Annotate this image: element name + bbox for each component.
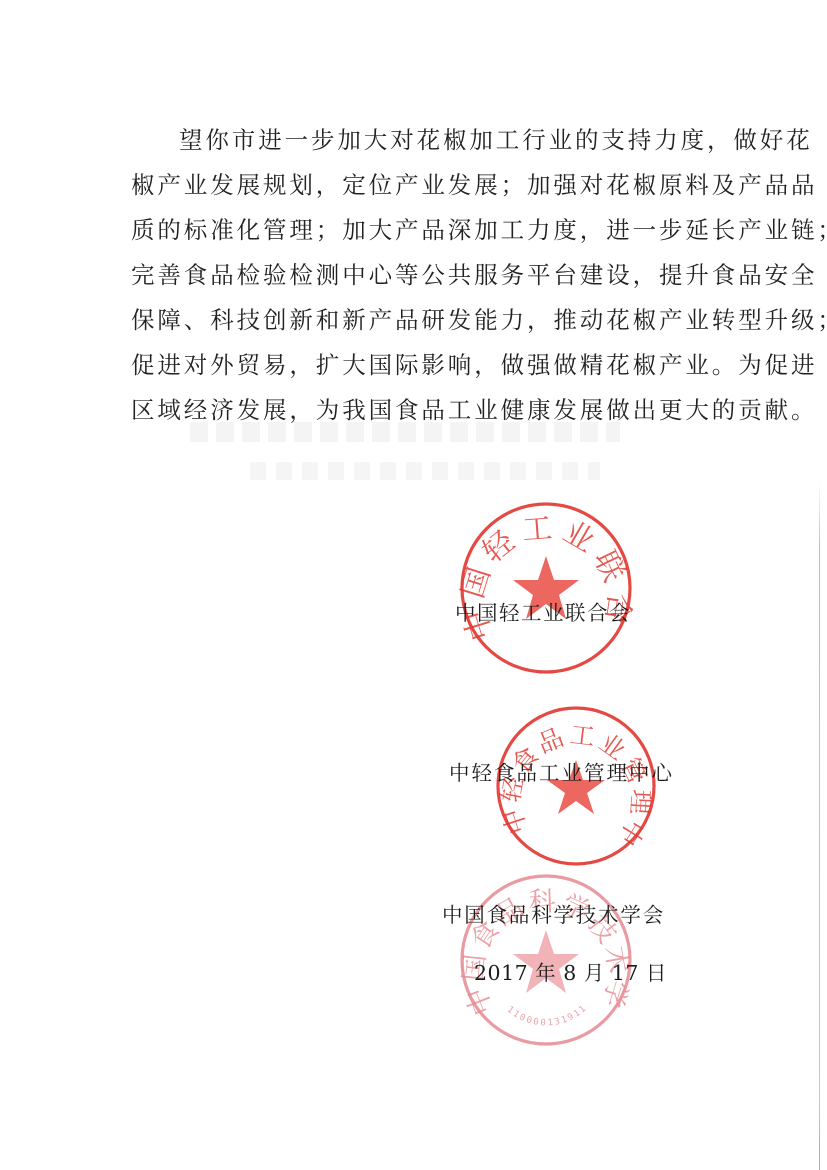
letter-line: 保障、科技创新和新产品研发能力，推动花椒产业转型升级； [131, 298, 721, 343]
letter-line: 区域经济发展，为我国食品工业健康发展做出更大的贡献。 [131, 388, 721, 433]
signature-date: 2017 年 8 月 17 日 [474, 956, 667, 986]
signatory-name-3: 中国食品科学技术学会 [442, 898, 665, 928]
signatory-name-1: 中国轻工业联合会 [455, 596, 631, 626]
letter-line: 完善食品检验检测中心等公共服务平台建设，提升食品安全 [131, 253, 721, 298]
svg-text:110000131911: 110000131911 [505, 1003, 590, 1029]
bleed-through-artifact [250, 462, 600, 480]
official-seal-1: 中国轻工业联合会 [458, 500, 634, 676]
letter-body: 望你市进一步加大对花椒加工行业的支持力度，做好花 椒产业发展规划，定位产业发展；… [131, 118, 721, 433]
document-page: 望你市进一步加大对花椒加工行业的支持力度，做好花 椒产业发展规划，定位产业发展；… [0, 0, 827, 1170]
signatory-name-2: 中轻食品工业管理中心 [449, 756, 674, 786]
scan-edge-line [819, 480, 820, 1170]
letter-line: 质的标准化管理；加大产品深加工力度，进一步延长产业链； [131, 208, 721, 253]
letter-line: 促进对外贸易，扩大国际影响，做强做精花椒产业。为促进 [131, 343, 721, 388]
official-seal-2: 中轻食品工业管理中心 [494, 704, 658, 868]
letter-line: 望你市进一步加大对花椒加工行业的支持力度，做好花 [131, 118, 721, 163]
letter-line: 椒产业发展规划，定位产业发展；加强对花椒原料及产品品 [131, 163, 721, 208]
